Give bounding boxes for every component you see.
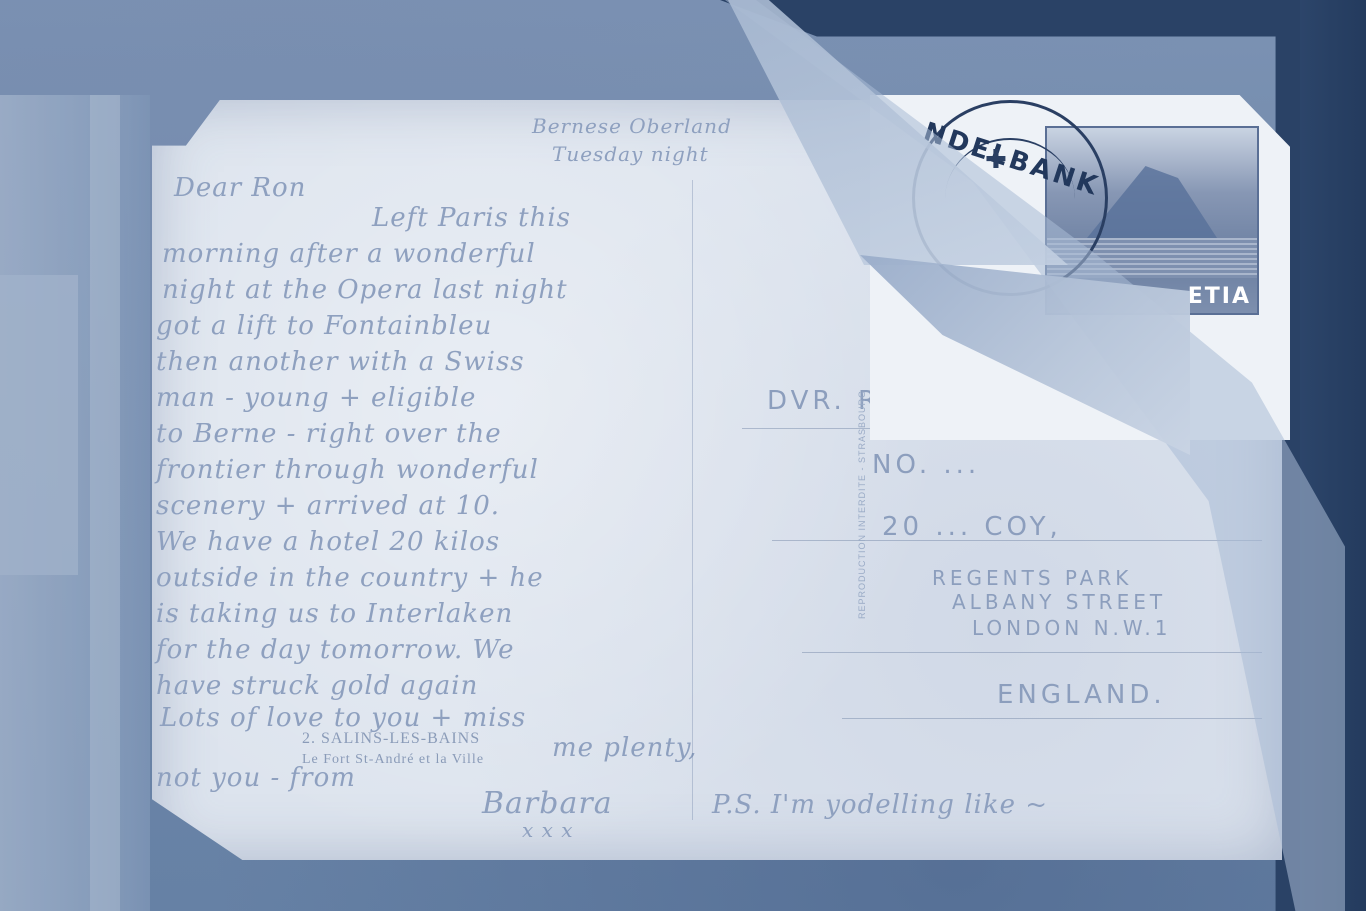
address-line: ALBANY STREET: [952, 590, 1166, 614]
message-line: outside in the country + he: [156, 560, 544, 596]
address-line: 20 ... COY,: [882, 512, 1062, 542]
postcard-divider: [692, 180, 693, 820]
message-line: me plenty,: [552, 730, 697, 766]
salutation: Dear Ron: [174, 170, 306, 206]
vertical-imprint: REPRODUCTION INTERDITE - STRASBOURG: [857, 390, 867, 619]
address-line: REGENTS PARK: [932, 566, 1132, 590]
message-line: night at the Opera last night: [162, 272, 568, 308]
message-line: is taking us to Interlaken: [156, 596, 513, 632]
address-rule: [842, 718, 1262, 719]
message-line: scenery + arrived at 10.: [156, 488, 500, 524]
printed-caption-subtitle: Le Fort St-André et la Ville: [302, 752, 484, 768]
postscript: P.S. I'm yodelling like ~: [712, 790, 1048, 820]
message-line: got a lift to Fontainbleu: [156, 308, 492, 344]
address-rule: [802, 652, 1262, 653]
left-photo-column: [90, 95, 120, 911]
header-note-line-1: Bernese Oberland: [532, 114, 732, 138]
photo-background: Bernese Oberland Tuesday night Dear Ron …: [0, 0, 1366, 911]
address-line: ENGLAND.: [997, 680, 1166, 710]
message-line: We have a hotel 20 kilos: [156, 524, 500, 560]
printed-caption-title: 2. SALINS-LES-BAINS: [302, 730, 480, 748]
kisses: x x x: [522, 818, 574, 842]
header-note-line-2: Tuesday night: [552, 142, 709, 166]
address-line: NO. ...: [872, 450, 980, 480]
message-line: man - young + eligible: [156, 380, 476, 416]
message-line: have struck gold again: [156, 668, 478, 704]
signature: Barbara: [482, 786, 613, 821]
message-line: frontier through wonderful: [156, 452, 539, 488]
left-photo-panel: [0, 275, 78, 575]
stamp-label: ETIA: [1188, 284, 1251, 309]
swiss-cross-icon: ✚: [985, 145, 1007, 175]
message-line: Left Paris this: [372, 200, 571, 236]
message-line: for the day tomorrow. We: [156, 632, 515, 668]
left-album-photo: [0, 95, 150, 911]
address-line: LONDON N.W.1: [972, 616, 1171, 640]
message-line: to Berne - right over the: [156, 416, 502, 452]
message-line: then another with a Swiss: [156, 344, 525, 380]
message-line: morning after a wonderful: [162, 236, 536, 272]
